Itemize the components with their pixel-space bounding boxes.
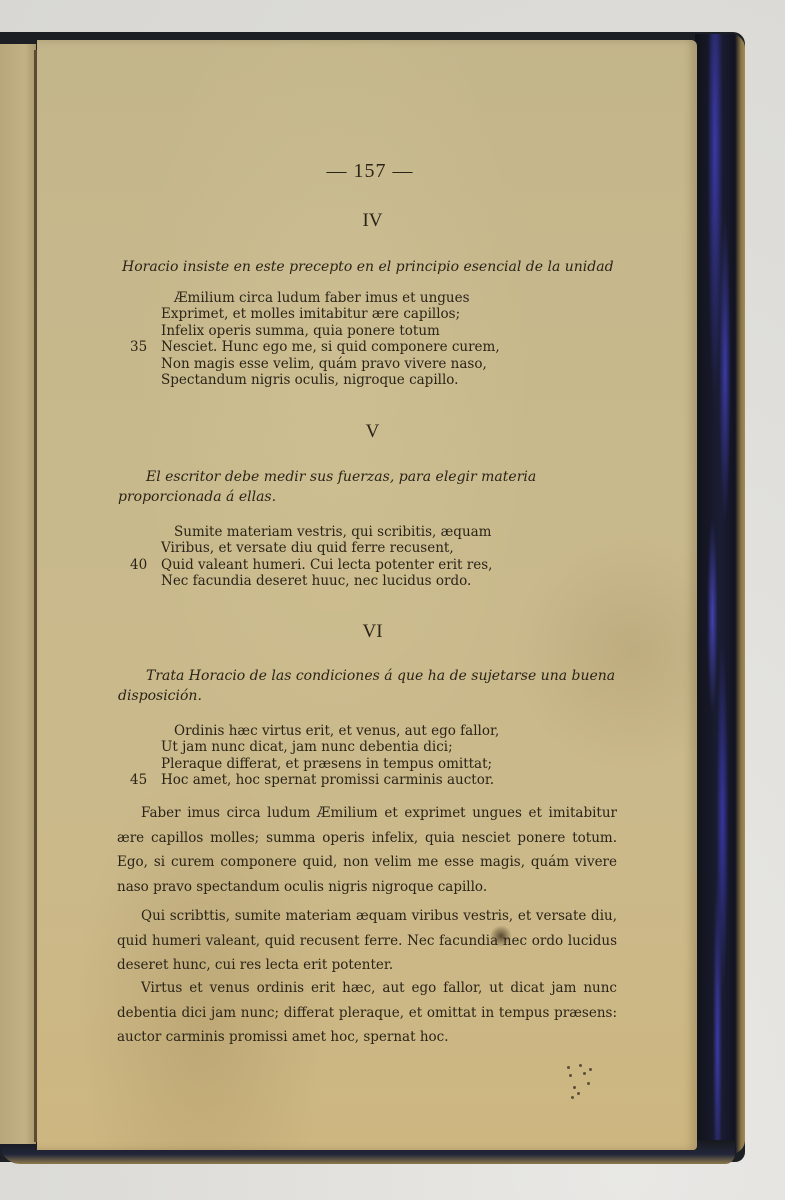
verse-block-iv: Æmilium circa ludum faber imus et ungues… — [130, 290, 550, 388]
verse-line: 45Hoc amet, hoc spernat promissi carmini… — [130, 772, 550, 788]
prose-paragraph: Virtus et venus ordinis erit hæc, aut eg… — [117, 976, 617, 1050]
verse-line: Spectandum nigris oculis, nigroque capil… — [130, 372, 550, 388]
section-rubric-v: El escritor debe medir sus fuerzas, para… — [118, 467, 623, 507]
section-numeral-iv: IV — [0, 210, 745, 232]
verse-line: 35Nesciet. Hunc ego me, si quid componer… — [130, 339, 550, 355]
verse-line: Exprimet, et molles imitabitur ære capil… — [130, 306, 550, 322]
verse-block-vi: Ordinis hæc virtus erit, et venus, aut e… — [130, 723, 550, 789]
section-numeral-v: V — [0, 421, 745, 443]
page-number: — 157 — — [0, 160, 740, 183]
verse-line: Nec facundia deseret huuc, nec lucidus o… — [130, 573, 550, 589]
section-rubric-vi: Trata Horacio de las condiciones á que h… — [118, 666, 623, 706]
prose-paragraph: Faber imus circa ludum Æmilium et exprim… — [117, 801, 617, 899]
section-numeral-vi: VI — [0, 621, 745, 643]
verse-block-v: Sumite materiam vestris, qui scribitis, … — [130, 524, 550, 590]
verse-line: Sumite materiam vestris, qui scribitis, … — [130, 524, 550, 540]
ink-stain — [490, 925, 512, 947]
verse-line: Infelix operis summa, quia ponere totum — [130, 323, 550, 339]
verse-line: Ut jam nunc dicat, jam nunc debentia dic… — [130, 739, 550, 755]
verse-line: Æmilium circa ludum faber imus et ungues — [130, 290, 550, 306]
verse-line: Pleraque differat, et præsens in tempus … — [130, 756, 550, 772]
verse-line: Non magis esse velim, quám pravo vivere … — [130, 356, 550, 372]
prose-paragraph: Qui scribttis, sumite materiam æquam vir… — [117, 904, 617, 978]
verse-line: 40Quid valeant humeri. Cui lecta potente… — [130, 557, 550, 573]
section-rubric-iv: Horacio insiste en este precepto en el p… — [122, 257, 642, 277]
verse-line: Ordinis hæc virtus erit, et venus, aut e… — [130, 723, 550, 739]
left-page-edge — [0, 44, 36, 1144]
marbled-cover-edge — [695, 34, 745, 1154]
verse-line: Viribus, et versate diu quid ferre recus… — [130, 540, 550, 556]
faded-stamp-mark — [565, 1062, 605, 1102]
